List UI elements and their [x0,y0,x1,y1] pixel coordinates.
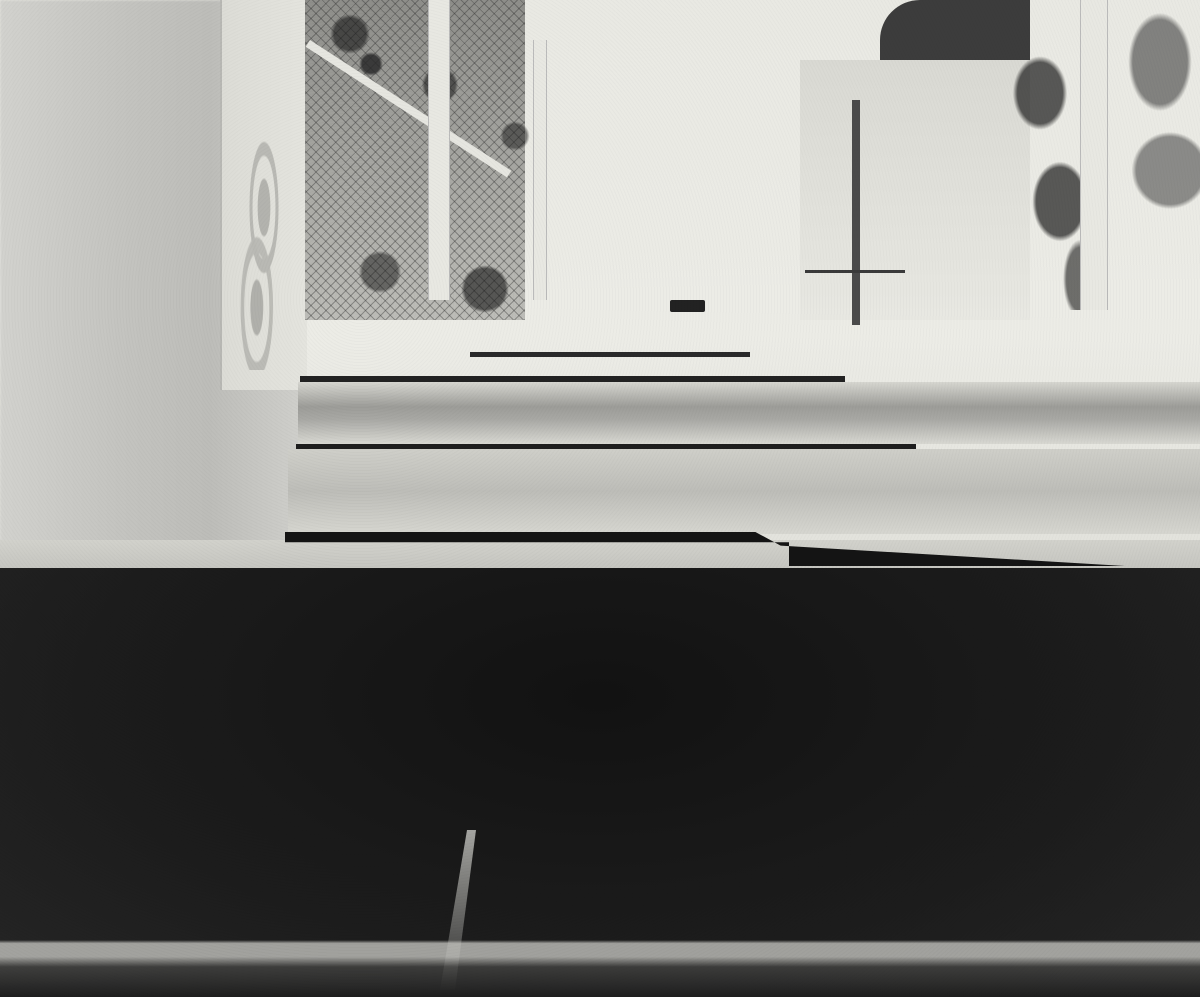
step-edge [470,352,750,357]
photograph [0,0,1200,997]
pillar-graffiti [228,120,300,370]
step [288,449,1200,534]
railing [805,270,905,328]
foliage-left [305,0,605,340]
fence-pole [428,0,450,300]
utility-pole [1080,0,1108,310]
step [298,382,1200,444]
bottom-light-band [0,930,1200,997]
distant-object [670,300,705,312]
fence-pole [533,40,547,300]
